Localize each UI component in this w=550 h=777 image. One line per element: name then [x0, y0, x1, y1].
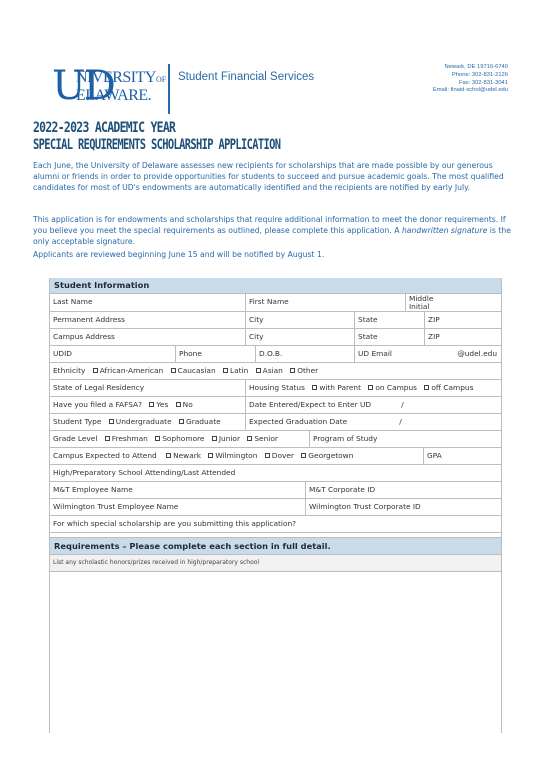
checkbox-icon[interactable] [223, 368, 228, 373]
header-divider [168, 64, 170, 114]
signature-emphasis: handwritten signature [402, 226, 487, 235]
requirements-header: Requirements – Please complete each sect… [50, 538, 501, 555]
contact-email: Email: finaid-schol@udel.edu [433, 87, 508, 95]
ethnicity-option[interactable]: Latin [218, 366, 248, 375]
contact-address: Newark, DE 19716-6740 [433, 64, 508, 72]
grade-level-field: Grade Level Freshman Sophomore Junior Se… [50, 431, 310, 447]
mt-row: M&T Employee Name M&T Corporate ID [50, 482, 501, 499]
ethnicity-option[interactable]: African-American [88, 366, 163, 375]
checkbox-icon[interactable] [212, 436, 217, 441]
logo-line1: NIVERSITYOF [76, 70, 166, 88]
checkbox-icon[interactable] [312, 385, 317, 390]
campus-row: Campus Expected to Attend Newark Wilming… [50, 448, 501, 465]
checkbox-icon[interactable] [290, 368, 295, 373]
date-entered-field[interactable]: Date Entered/Expect to Enter UD/ [246, 397, 501, 413]
application-title: SPECIAL REQUIREMENTS SCHOLARSHIP APPLICA… [33, 137, 280, 153]
name-row: Last Name First Name MiddleInitial [50, 294, 501, 312]
program-of-study-field[interactable]: Program of Study [310, 431, 501, 447]
id-contact-row: UDID Phone D.O.B. UD Email@udel.edu [50, 346, 501, 363]
checkbox-icon[interactable] [424, 385, 429, 390]
checkbox-icon[interactable] [109, 419, 114, 424]
checkbox-icon[interactable] [93, 368, 98, 373]
student-type-row: Student Type Undergraduate Graduate Expe… [50, 414, 501, 431]
phone-field[interactable]: Phone [176, 346, 256, 362]
checkbox-icon[interactable] [105, 436, 110, 441]
grade-level-option[interactable]: Sophomore [150, 434, 204, 443]
checkbox-icon[interactable] [208, 453, 213, 458]
ethnicity-option[interactable]: Caucasian [166, 366, 216, 375]
scholarship-row: For which special scholarship are you su… [50, 516, 501, 533]
fafsa-option-no[interactable]: No [171, 400, 193, 409]
housing-option[interactable]: with Parent [307, 383, 361, 392]
grade-level-row: Grade Level Freshman Sophomore Junior Se… [50, 431, 501, 448]
student-type-option[interactable]: Graduate [174, 417, 221, 426]
honors-response-area[interactable] [50, 572, 501, 733]
intro-paragraph-2: This application is for endowments and s… [33, 214, 519, 247]
student-information-header: Student Information [50, 278, 501, 294]
campus-address-field[interactable]: Campus Address [50, 329, 246, 345]
academic-year-title: 2022-2023 ACADEMIC YEAR [33, 120, 175, 136]
dob-field[interactable]: D.O.B. [256, 346, 355, 362]
contact-fax: Fax: 302-831-3041 [433, 80, 508, 88]
state-residency-field[interactable]: State of Legal Residency [50, 380, 246, 396]
logo-line2: ELAWARE. [76, 88, 151, 104]
campus-option[interactable]: Georgetown [296, 451, 353, 460]
campus-zip-field[interactable]: ZIP [425, 329, 501, 345]
permanent-address-field[interactable]: Permanent Address [50, 312, 246, 328]
ethnicity-option[interactable]: Other [285, 366, 318, 375]
campus-address-row: Campus Address City State ZIP [50, 329, 501, 346]
gpa-field[interactable]: GPA [424, 448, 501, 464]
housing-option[interactable]: off Campus [419, 383, 473, 392]
checkbox-icon[interactable] [179, 419, 184, 424]
fafsa-field: Have you filed a FAFSA? Yes No [50, 397, 246, 413]
campus-option[interactable]: Dover [260, 451, 294, 460]
grade-level-option[interactable]: Freshman [100, 434, 148, 443]
last-name-field[interactable]: Last Name [50, 294, 246, 311]
fafsa-row: Have you filed a FAFSA? Yes No Date Ente… [50, 397, 501, 414]
student-type-field: Student Type Undergraduate Graduate [50, 414, 246, 430]
campus-option[interactable]: Newark [161, 451, 201, 460]
campus-city-field[interactable]: City [246, 329, 355, 345]
campus-field: Campus Expected to Attend Newark Wilming… [50, 448, 424, 464]
intro-paragraph-1: Each June, the University of Delaware as… [33, 160, 519, 193]
checkbox-icon[interactable] [247, 436, 252, 441]
department-name: Student Financial Services [178, 71, 314, 83]
student-type-option[interactable]: Undergraduate [104, 417, 172, 426]
contact-phone: Phone: 302-831-2126 [433, 72, 508, 80]
application-form: Student Information Last Name First Name… [49, 278, 502, 733]
permanent-state-field[interactable]: State [355, 312, 425, 328]
expected-graduation-field[interactable]: Expected Graduation Date/ [246, 414, 501, 430]
ud-email-field[interactable]: UD Email@udel.edu [355, 346, 501, 362]
honors-prompt: List any scholastic honors/prizes receiv… [50, 555, 501, 572]
udid-field[interactable]: UDID [50, 346, 176, 362]
wt-row: Wilmington Trust Employee Name Wilmingto… [50, 499, 501, 516]
checkbox-icon[interactable] [176, 402, 181, 407]
grade-level-option[interactable]: Junior [207, 434, 240, 443]
checkbox-icon[interactable] [166, 453, 171, 458]
checkbox-icon[interactable] [301, 453, 306, 458]
checkbox-icon[interactable] [155, 436, 160, 441]
high-school-field[interactable]: High/Preparatory School Attending/Last A… [50, 465, 501, 481]
fafsa-option-yes[interactable]: Yes [144, 400, 168, 409]
checkbox-icon[interactable] [265, 453, 270, 458]
grade-level-option[interactable]: Senior [242, 434, 278, 443]
mt-employee-field[interactable]: M&T Employee Name [50, 482, 306, 498]
residency-housing-row: State of Legal Residency Housing Status … [50, 380, 501, 397]
which-scholarship-field[interactable]: For which special scholarship are you su… [50, 516, 501, 532]
wt-corporate-id-field[interactable]: Wilmington Trust Corporate ID [306, 499, 501, 515]
checkbox-icon[interactable] [256, 368, 261, 373]
middle-initial-field[interactable]: MiddleInitial [406, 294, 501, 311]
wt-employee-field[interactable]: Wilmington Trust Employee Name [50, 499, 306, 515]
checkbox-icon[interactable] [171, 368, 176, 373]
checkbox-icon[interactable] [368, 385, 373, 390]
high-school-row: High/Preparatory School Attending/Last A… [50, 465, 501, 482]
campus-option[interactable]: Wilmington [203, 451, 257, 460]
ethnicity-option[interactable]: Asian [251, 366, 283, 375]
ethnicity-row: Ethnicity African-American Caucasian Lat… [50, 363, 501, 380]
campus-state-field[interactable]: State [355, 329, 425, 345]
mt-corporate-id-field[interactable]: M&T Corporate ID [306, 482, 501, 498]
first-name-field[interactable]: First Name [246, 294, 406, 311]
contact-block: Newark, DE 19716-6740 Phone: 302-831-212… [433, 64, 508, 95]
intro-paragraph-3: Applicants are reviewed beginning June 1… [33, 249, 519, 260]
university-logo: UD NIVERSITYOF ELAWARE. [52, 66, 158, 114]
permanent-zip-field[interactable]: ZIP [425, 312, 501, 328]
ethnicity-field: Ethnicity African-American Caucasian Lat… [50, 363, 501, 379]
email-domain: @udel.edu [457, 346, 501, 362]
housing-option[interactable]: on Campus [363, 383, 417, 392]
housing-status-field: Housing Status with Parent on Campus off… [246, 380, 501, 396]
permanent-address-row: Permanent Address City State ZIP [50, 312, 501, 329]
permanent-city-field[interactable]: City [246, 312, 355, 328]
checkbox-icon[interactable] [149, 402, 154, 407]
